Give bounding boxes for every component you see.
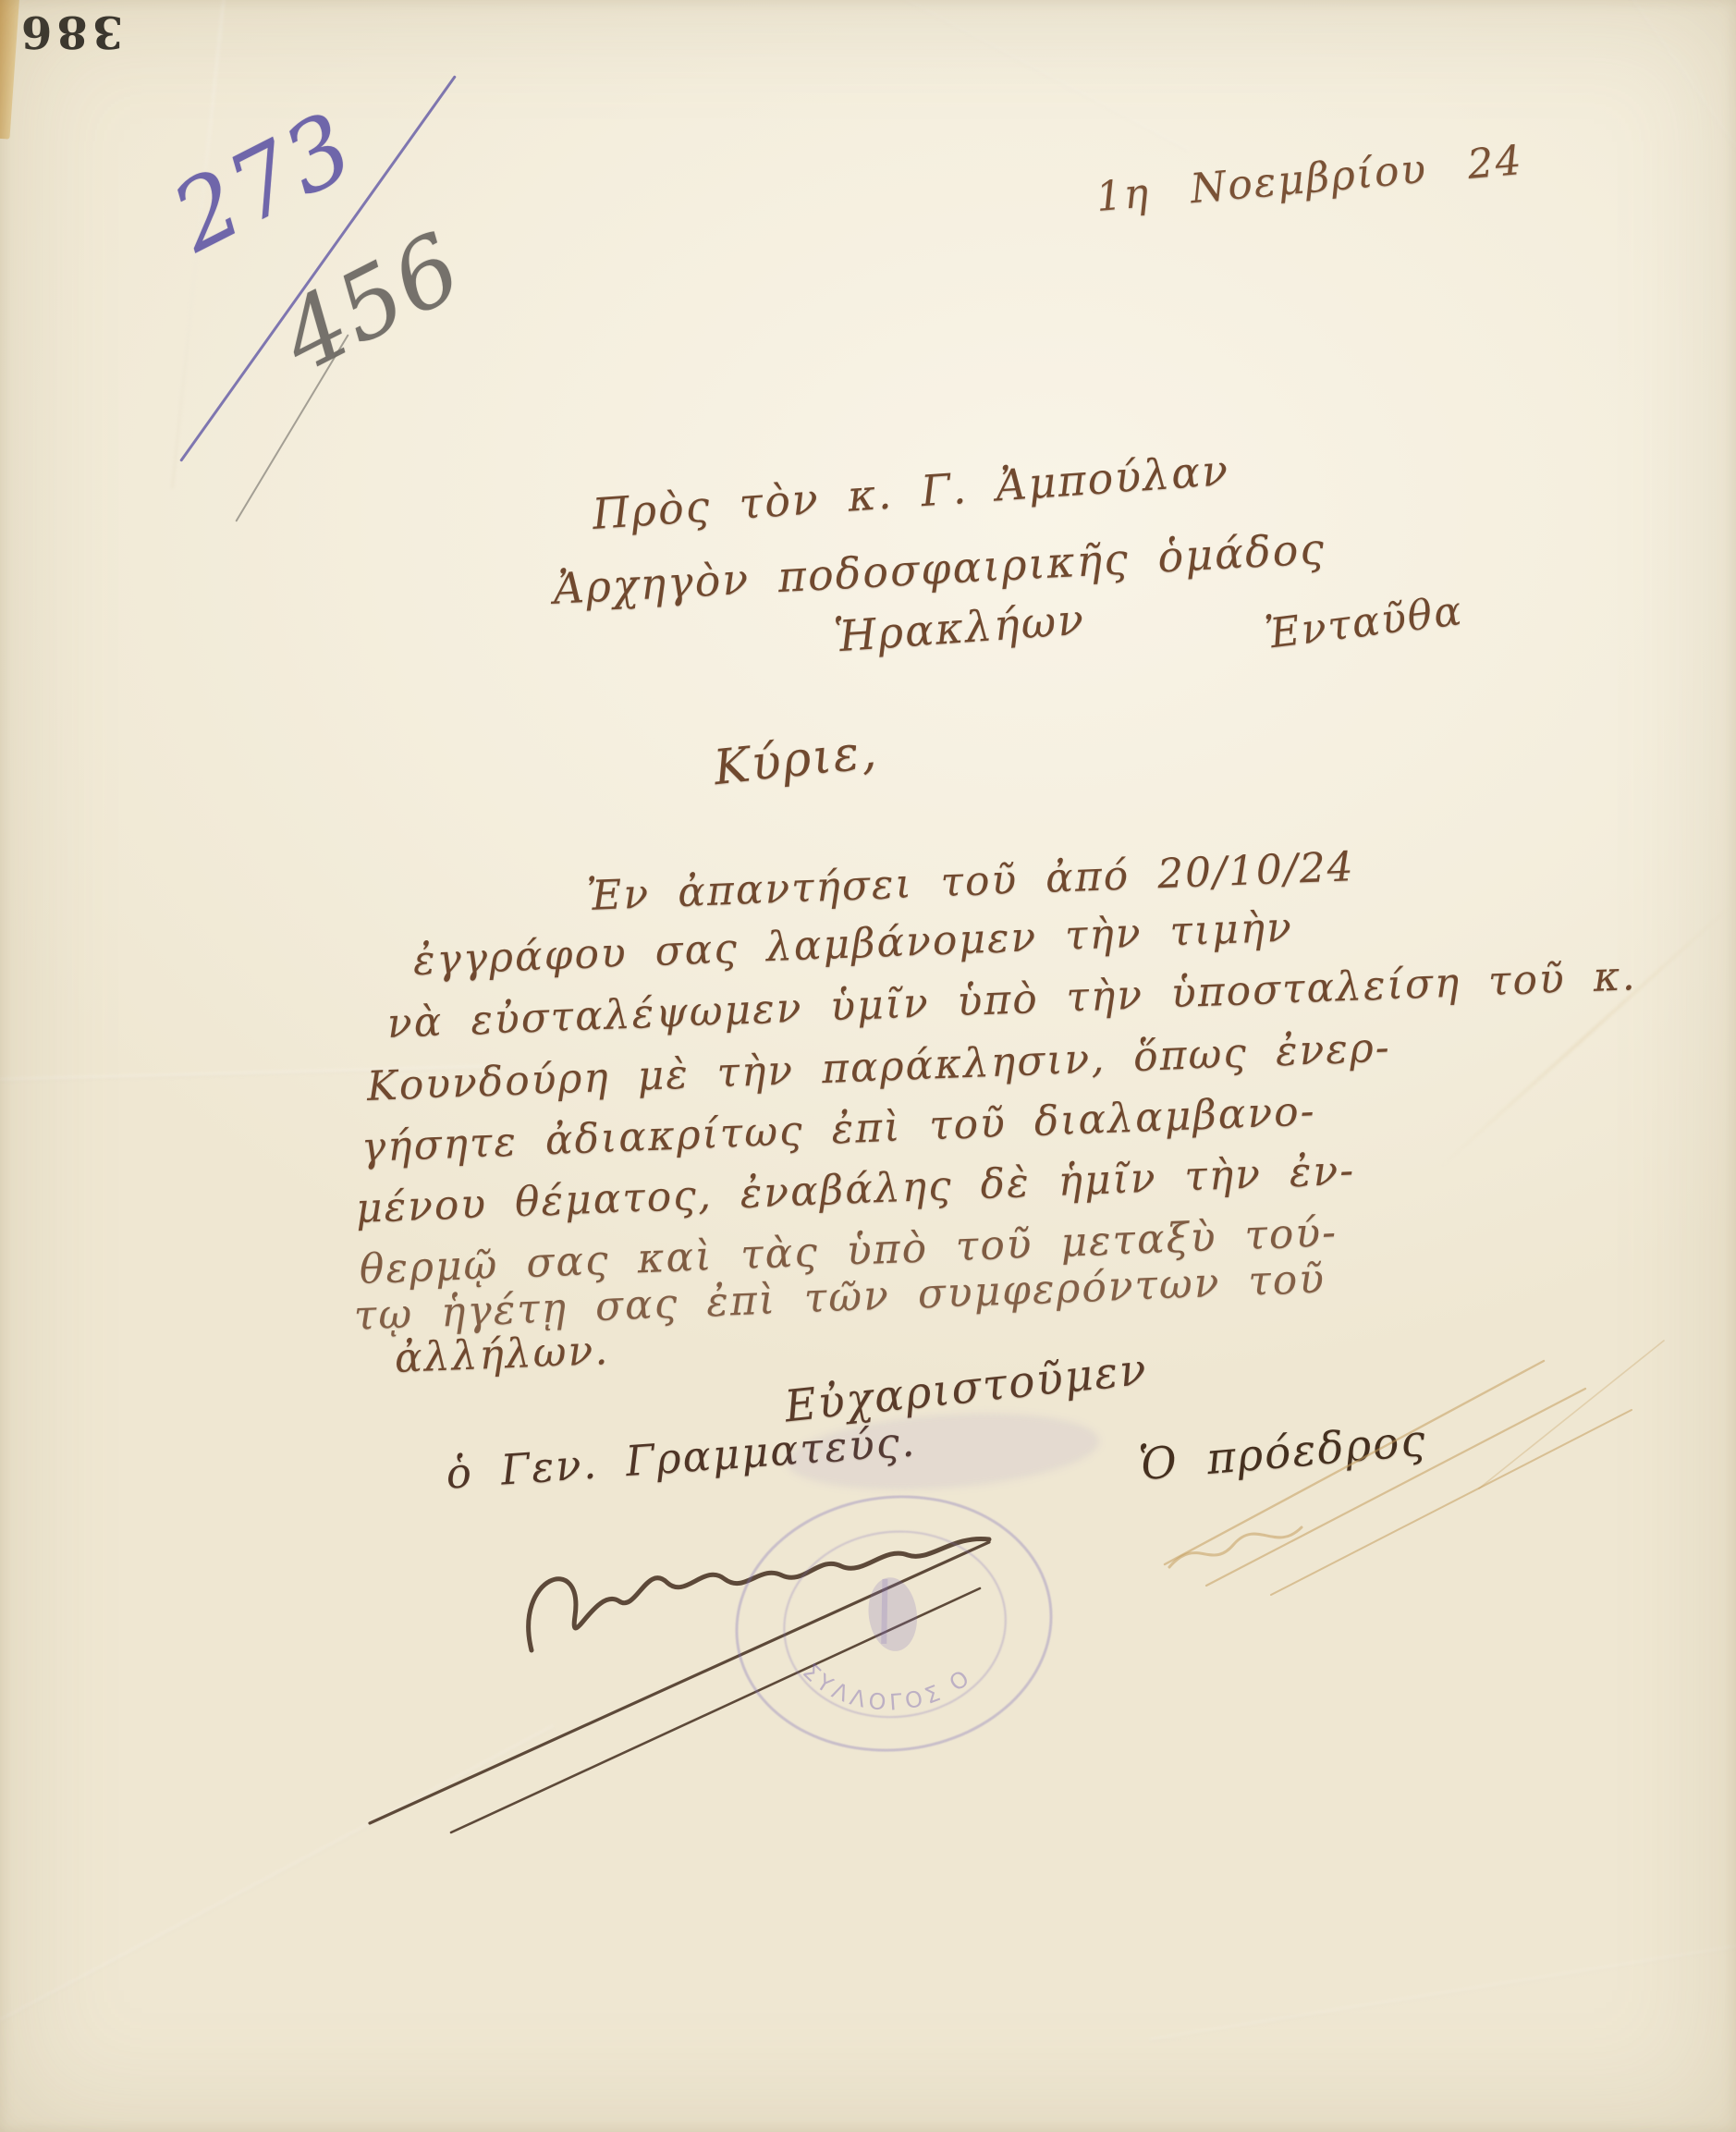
- stamp-arc-text: ΣΥΛΛΟΓΟΣ Ο: [796, 1639, 981, 1727]
- paper-crease: [1563, 0, 1736, 267]
- registry-denominator: 456: [264, 212, 480, 394]
- paper-crease: [1150, 1937, 1736, 2041]
- recipient-line-location: Ἐνταῦθα: [1263, 587, 1466, 658]
- registry-numerator: 273: [156, 92, 372, 274]
- salutation: Κύριε,: [711, 724, 880, 796]
- recipient-line: Πρὸς τὸν κ. Γ. Ἀμπούλαν: [591, 445, 1231, 539]
- date-line: 1η Νοεμβρίου 24: [1094, 137, 1525, 221]
- round-stamp: ΣΥΛΛΟΓΟΣ Ο: [720, 1477, 1067, 1770]
- printed-folio-number: 386: [17, 6, 123, 57]
- body-line: ἀλλήλων.: [394, 1327, 610, 1382]
- stamp-emblem: ΣΥΛΛΟΓΟΣ Ο: [720, 1477, 1067, 1770]
- paper-crease: [836, 0, 1188, 152]
- recipient-line: Ἀρχηγὸν ποδοσφαιρικῆς ὁμάδος: [552, 523, 1326, 614]
- president-signature: [1146, 1322, 1682, 1618]
- letter-page: 386 273 456 1η Νοεμβρίου 24 Πρὸς τὸν κ. …: [0, 0, 1736, 2132]
- paper-crease: [1436, 903, 1734, 1171]
- recipient-line: Ἡρακλήων: [832, 594, 1086, 662]
